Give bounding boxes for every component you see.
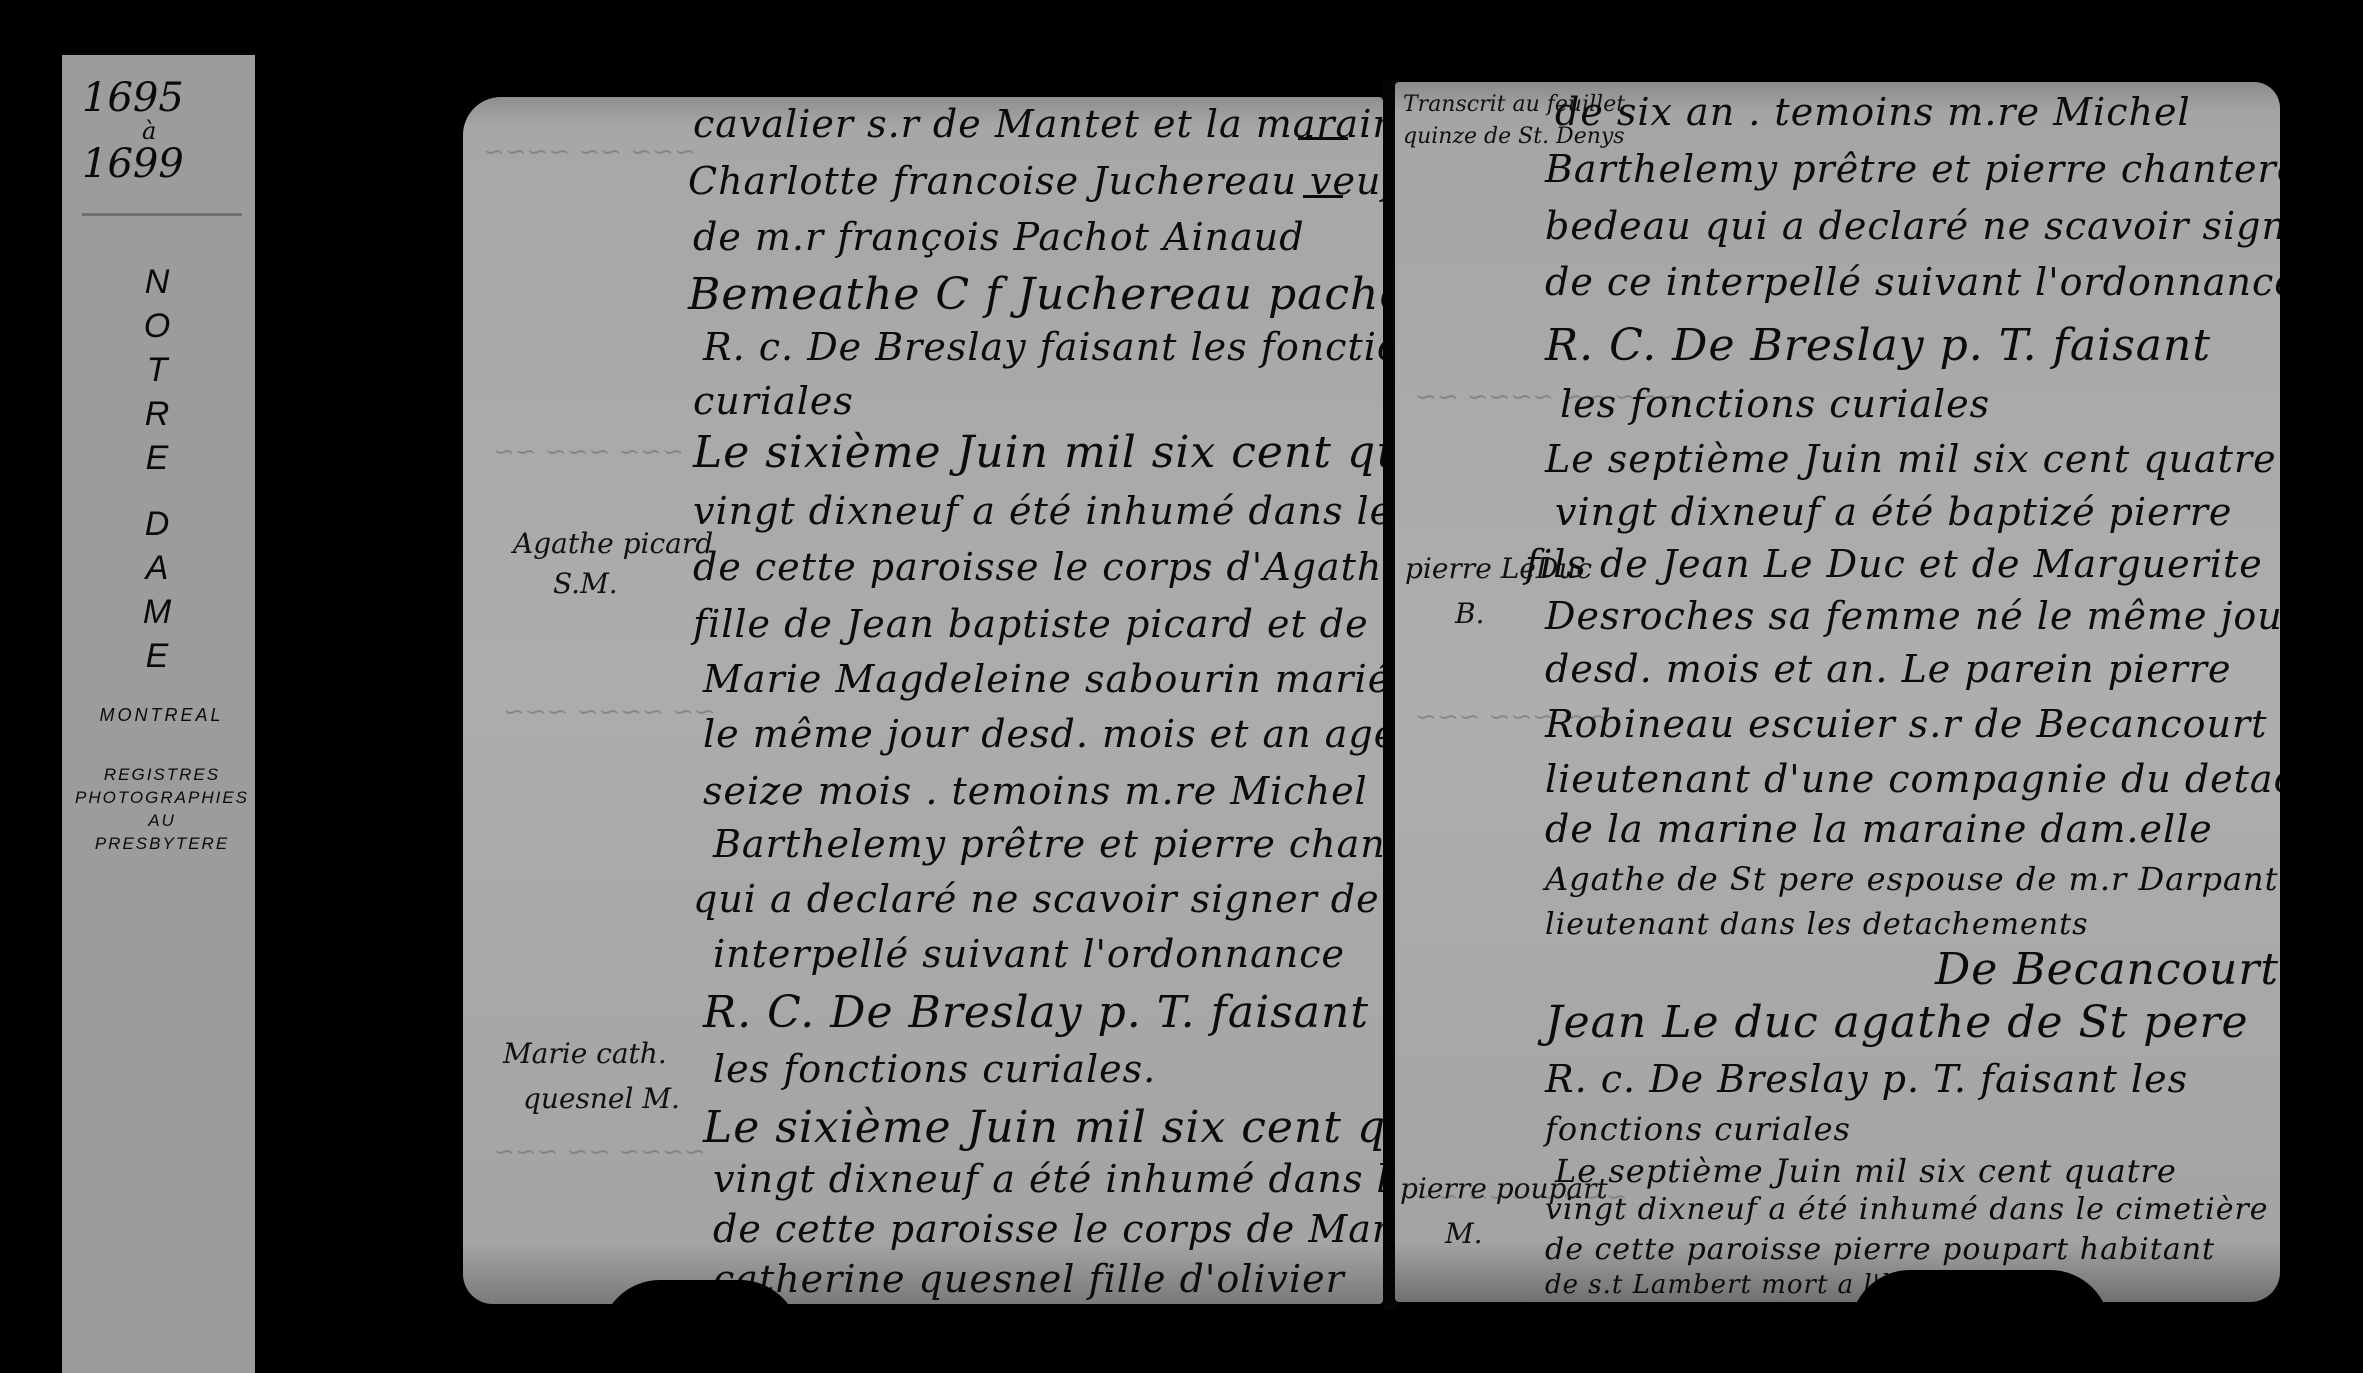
parish-letter: T: [122, 348, 192, 392]
margin-note-name: Agathe picard: [513, 527, 713, 560]
entry-line: Barthelemy prêtre et pierre chantereau: [1545, 147, 2280, 191]
entry-line: Agathe de St pere espouse de m.r Darpant…: [1545, 860, 2280, 898]
parish-letter: R: [122, 392, 192, 436]
parish-letter: O: [122, 304, 192, 348]
signature-line: R. c. De Breslay faisant les fonction: [703, 325, 1383, 369]
entry-line: le même jour desd. mois et an agée de: [703, 712, 1383, 756]
entry-line: catherine quesnel fille d'olivier: [713, 1257, 1345, 1301]
entry-line: Marie Magdeleine sabourin mariés: [703, 657, 1383, 701]
entry-line: fonctions curiales: [1545, 1110, 1851, 1148]
entry-line: Charlotte francoise Juchereau veufve: [688, 159, 1383, 203]
parish-letter: N: [122, 260, 192, 304]
parish-letter: E: [122, 634, 192, 678]
register-note: REGISTRES PHOTOGRAPHIES AU PRESBYTERE: [72, 763, 252, 855]
parish-letter: M: [122, 590, 192, 634]
year-range: 1695 à 1699: [82, 75, 232, 187]
year-start: 1695: [82, 75, 184, 121]
entry-line: de ce interpellé suivant l'ordonnance: [1545, 260, 2280, 304]
margin-note-name: pierre poupart: [1400, 1172, 1608, 1205]
entry-line: vingt dixneuf a été inhumé dans le cimet…: [1545, 1192, 2269, 1227]
entry-line: Le septième Juin mil six cent quatre: [1545, 437, 2277, 481]
entry-line: vingt dixneuf a été inhumé dans le cimet…: [713, 1157, 1383, 1201]
entry-line: curiales: [693, 379, 854, 423]
signature-line: Bemeathe C f Juchereau pachot: [688, 269, 1383, 320]
entry-line: lieutenant dans les detachements: [1545, 907, 2089, 942]
entry-line: de cette paroisse pierre poupart habitan…: [1545, 1232, 2215, 1267]
register-note-line: PRESBYTERE: [72, 832, 252, 855]
parish-name-vertical: N O T R E D A M E: [122, 260, 192, 678]
entry-line: de six an . temoins m.re Michel: [1555, 90, 2191, 134]
signature-line: De Becancourt: [1935, 944, 2279, 995]
margin-note-name: Marie cath.: [503, 1037, 667, 1070]
entry-line: les fonctions curiales: [1560, 382, 1990, 426]
bleed-through-text: ~~~ ~~ ~~~~: [483, 137, 696, 167]
signature-line: R. C. De Breslay p. T. faisant: [1545, 320, 2211, 371]
register-page-left: ~~~ ~~ ~~~~ ~~~ ~~~ ~~ ~~ ~~~~ ~~~ ~~~~ …: [463, 97, 1383, 1304]
parish-letter: E: [122, 436, 192, 480]
signature-line: R. c. De Breslay p. T. faisant les: [1545, 1057, 2188, 1101]
entry-line: Robineau escuier s.r de Becancourt: [1545, 702, 2267, 746]
entry-line: Le sixième Juin mil six cent quatre: [693, 427, 1383, 478]
label-divider: [82, 213, 242, 216]
signature-line: Jean Le duc agathe de St pere: [1545, 997, 2249, 1048]
margin-note-name: pierre LeDuc: [1405, 552, 1592, 585]
margin-note-type: B.: [1455, 597, 1484, 630]
entry-line: de la marine la maraine dam.elle: [1545, 807, 2213, 851]
entry-line: bedeau qui a declaré ne scavoir signer: [1545, 204, 2280, 248]
register-note-line: PHOTOGRAPHIES: [72, 786, 252, 809]
entry-line: interpellé suivant l'ordonnance: [713, 932, 1345, 976]
entry-line: fils de Jean Le Duc et de Marguerite: [1525, 542, 2263, 586]
margin-note-type: S.M.: [553, 567, 618, 600]
entry-line: de cette paroisse le corps de Marie: [713, 1207, 1383, 1251]
signature-line: R. C. De Breslay p. T. faisant: [703, 987, 1369, 1038]
entry-line: de cette paroisse le corps d'Agathe pica…: [693, 545, 1383, 589]
bleed-through-text: ~~~~ ~~ ~~~: [493, 1137, 706, 1167]
entry-line: Barthelemy prêtre et pierre chantereau: [713, 822, 1383, 866]
page-edge-shadow: [600, 1280, 800, 1340]
year-connector: à: [82, 121, 232, 141]
margin-note-type: quesnel M.: [523, 1082, 680, 1115]
year-end: 1699: [82, 141, 184, 187]
line-filler-dash: [1303, 195, 1343, 198]
entry-line: les fonctions curiales.: [713, 1047, 1156, 1091]
entry-line: desd. mois et an. Le parein pierre: [1545, 647, 2232, 691]
entry-line: qui a declaré ne scavoir signer de ce: [693, 877, 1383, 921]
bleed-through-text: ~~~ ~~~ ~~: [493, 437, 684, 467]
entry-line: Le septième Juin mil six cent quatre: [1555, 1152, 2177, 1190]
entry-line: vingt dixneuf a été inhumé dans le cimet…: [693, 489, 1383, 533]
entry-line: fille de Jean baptiste picard et de: [693, 602, 1369, 646]
parish-letter: D: [122, 502, 192, 546]
entry-line: vingt dixneuf a été baptizé pierre: [1555, 490, 2232, 534]
register-note-line: REGISTRES: [72, 763, 252, 786]
register-page-right: ~~~ ~~ ~~~~ ~~ ~~ ~~~ ~~~ ~~~~ ~~~ ~~ Tr…: [1395, 82, 2280, 1302]
entry-line: Desroches sa femme né le même jour: [1545, 594, 2280, 638]
entry-line: cavalier s.r de Mantet et la maraine: [693, 102, 1383, 146]
city-label: MONTREAL: [74, 705, 249, 726]
register-note-line: AU: [72, 809, 252, 832]
line-filler-dash: [1298, 137, 1348, 140]
entry-line: Le sixième Juin mil six cent quatre: [703, 1102, 1383, 1153]
entry-line: de m.r françois Pachot Ainaud: [693, 215, 1305, 259]
entry-line: lieutenant d'une compagnie du detachemen…: [1545, 757, 2280, 801]
margin-note-type: M.: [1445, 1217, 1483, 1250]
bleed-through-text: ~~ ~~~~ ~~~: [503, 697, 716, 727]
page-edge-shadow: [1850, 1270, 2110, 1330]
catalog-label-strip: 1695 à 1699 N O T R E D A M E MONTREAL R…: [62, 55, 255, 1373]
parish-letter: A: [122, 546, 192, 590]
entry-line: seize mois . temoins m.re Michel: [703, 769, 1368, 813]
